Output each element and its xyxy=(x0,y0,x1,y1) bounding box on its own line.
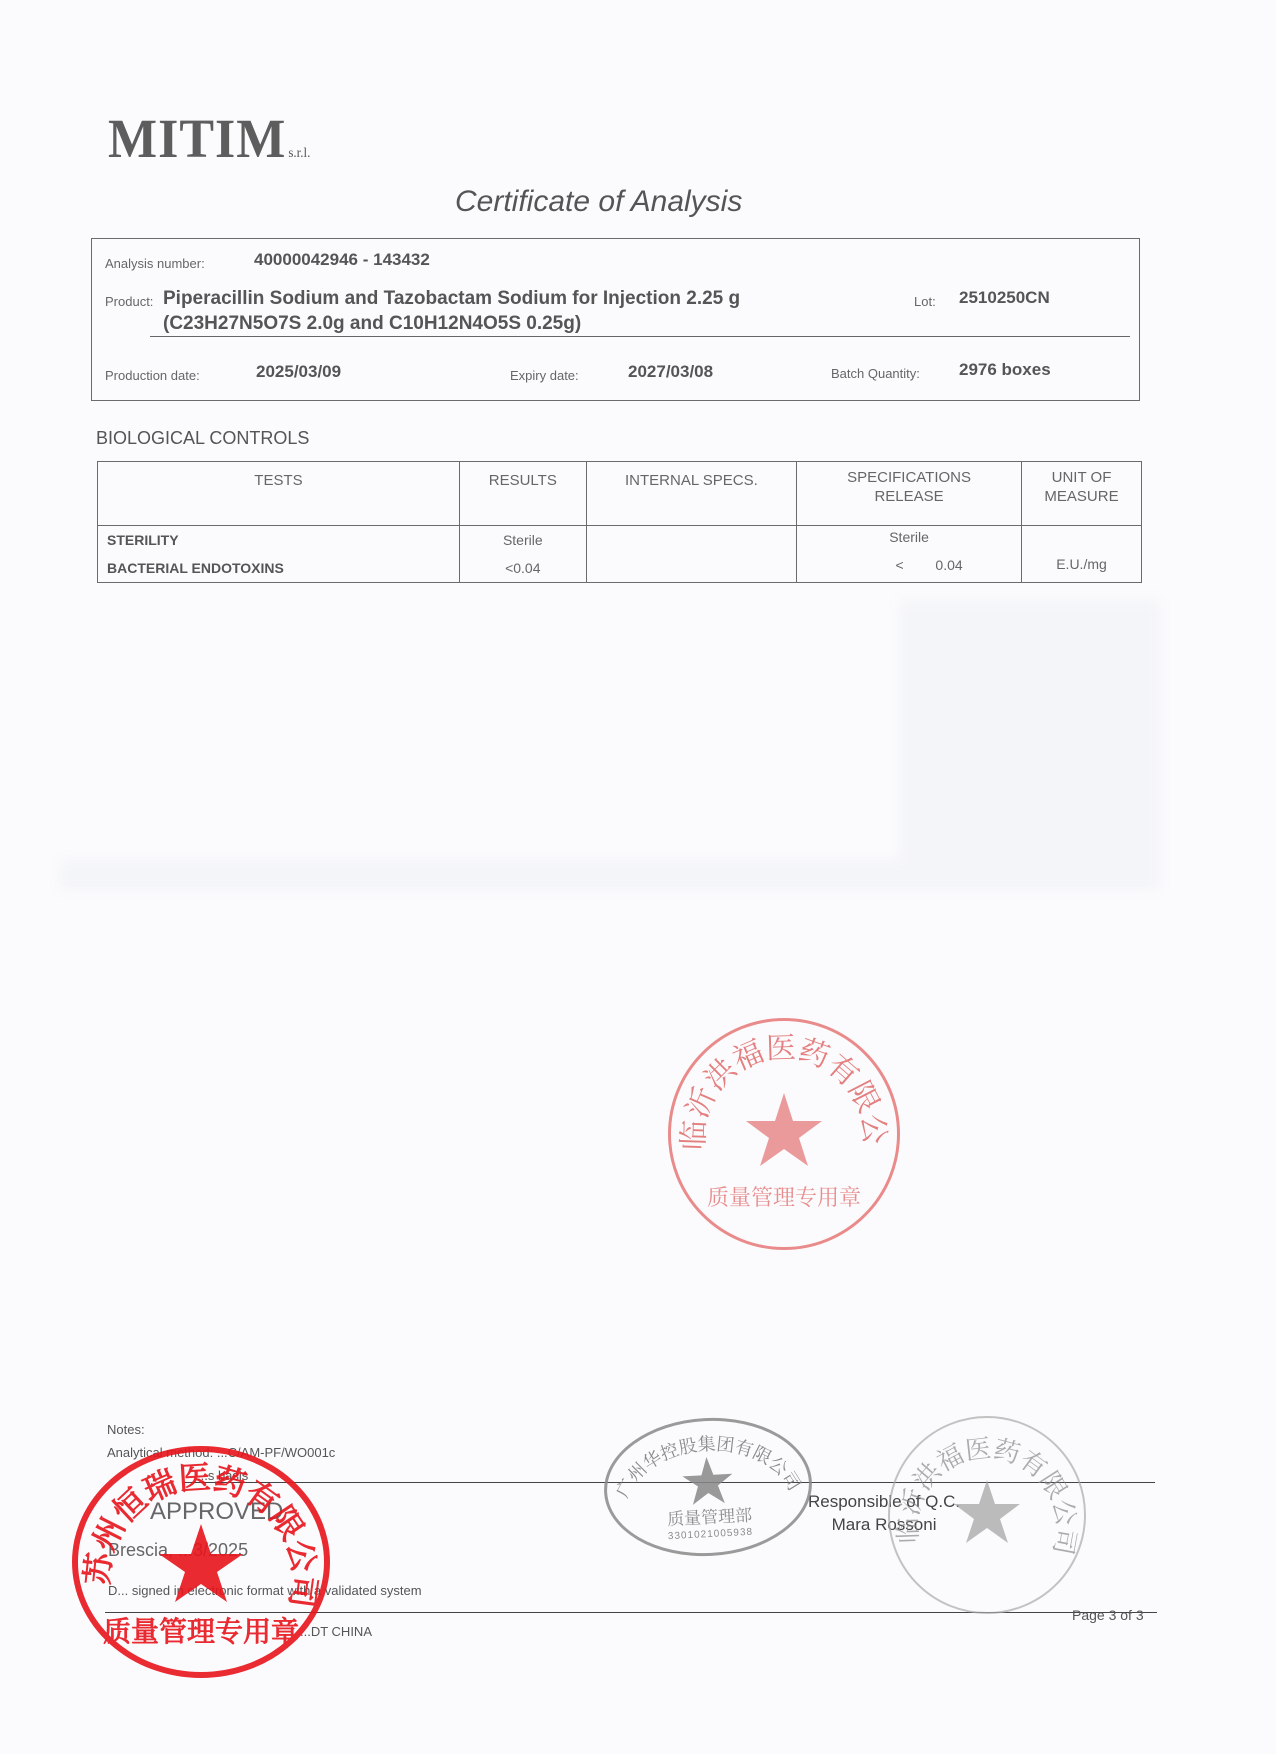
batch-quantity-label: Batch Quantity: xyxy=(831,366,920,381)
unit-cell: E.U./mg xyxy=(1022,526,1142,583)
unit-endotoxins: E.U./mg xyxy=(1022,550,1141,578)
header-divider xyxy=(150,336,1130,337)
notes-label: Notes: xyxy=(107,1418,335,1441)
lot-number: 2510250CN xyxy=(959,288,1050,308)
quality-dept-seal-oval: 广州华控股集团有限公司 质量管理部 3301021005938 xyxy=(601,1413,816,1562)
product-label: Product: xyxy=(105,294,153,309)
lot-label: Lot: xyxy=(914,294,936,309)
analysis-number-label: Analysis number: xyxy=(105,256,205,271)
spec-release-cell: Sterile < 0.04 xyxy=(797,526,1022,583)
table-body: STERILITY BACTERIAL ENDOTOXINS Sterile <… xyxy=(98,526,1142,583)
section-title-biological-controls: BIOLOGICAL CONTROLS xyxy=(96,428,309,449)
test-bacterial-endotoxins: BACTERIAL ENDOTOXINS xyxy=(98,554,459,582)
company-suffix: s.r.l. xyxy=(288,144,310,160)
batch-quantity: 2976 boxes xyxy=(959,360,1051,380)
document-title: Certificate of Analysis xyxy=(455,185,742,219)
seal-star-icon: 临沂洪福医药有限公司 xyxy=(671,1021,897,1247)
results-cell: Sterile <0.04 xyxy=(459,526,586,583)
company-seal-red: 临沂洪福医药有限公司 质量管理专用章 xyxy=(668,1018,900,1250)
test-sterility: STERILITY xyxy=(98,526,459,554)
seal-bottom-text: 质量管理专用章 xyxy=(671,1181,897,1212)
internal-specs-cell xyxy=(586,526,796,583)
company-logo: MITIMs.r.l. xyxy=(108,109,310,171)
column-header-internal-specs: INTERNAL SPECS. xyxy=(586,462,796,526)
result-sterility: Sterile xyxy=(460,526,586,554)
expiry-date: 2027/03/08 xyxy=(628,362,713,382)
spec-operator: < xyxy=(895,557,903,573)
company-name: MITIM xyxy=(108,110,286,170)
product-name: Piperacillin Sodium and Tazobactam Sodiu… xyxy=(163,288,740,310)
spec-value: 0.04 xyxy=(935,557,962,573)
column-header-results: RESULTS xyxy=(459,462,586,526)
spec-endotoxins: < 0.04 xyxy=(797,551,1021,579)
product-formula: (C23H27N5O7S 2.0g and C10H12N4O5S 0.25g) xyxy=(163,313,581,335)
scan-artifact xyxy=(60,860,1160,890)
biological-controls-table: TESTS RESULTS INTERNAL SPECS. SPECIFICAT… xyxy=(97,461,1142,583)
manufacturer-seal-red: 苏州恒瑞医药有限公司 质量管理专用章 xyxy=(72,1446,330,1678)
production-date: 2025/03/09 xyxy=(256,362,341,382)
expiry-date-label: Expiry date: xyxy=(510,368,579,383)
company-seal-gray: 临沂洪福医药有限公司 xyxy=(888,1416,1086,1614)
red-seal-bottom-text: 质量管理专用章 xyxy=(78,1610,324,1650)
scan-artifact xyxy=(900,600,1160,860)
production-date-label: Production date: xyxy=(105,368,200,383)
result-endotoxins: <0.04 xyxy=(460,554,586,582)
column-header-spec-release: SPECIFICATIONS RELEASE xyxy=(797,462,1022,526)
column-header-unit: UNIT OF MEASURE xyxy=(1022,462,1142,526)
table-header-row: TESTS RESULTS INTERNAL SPECS. SPECIFICAT… xyxy=(98,462,1142,526)
analysis-number: 40000042946 - 143432 xyxy=(254,250,430,270)
gray-seal-star-icon: 临沂洪福医药有限公司 xyxy=(890,1418,1084,1612)
column-header-tests: TESTS xyxy=(98,462,460,526)
tests-cell: STERILITY BACTERIAL ENDOTOXINS xyxy=(98,526,460,583)
spec-sterility: Sterile xyxy=(797,523,1021,551)
